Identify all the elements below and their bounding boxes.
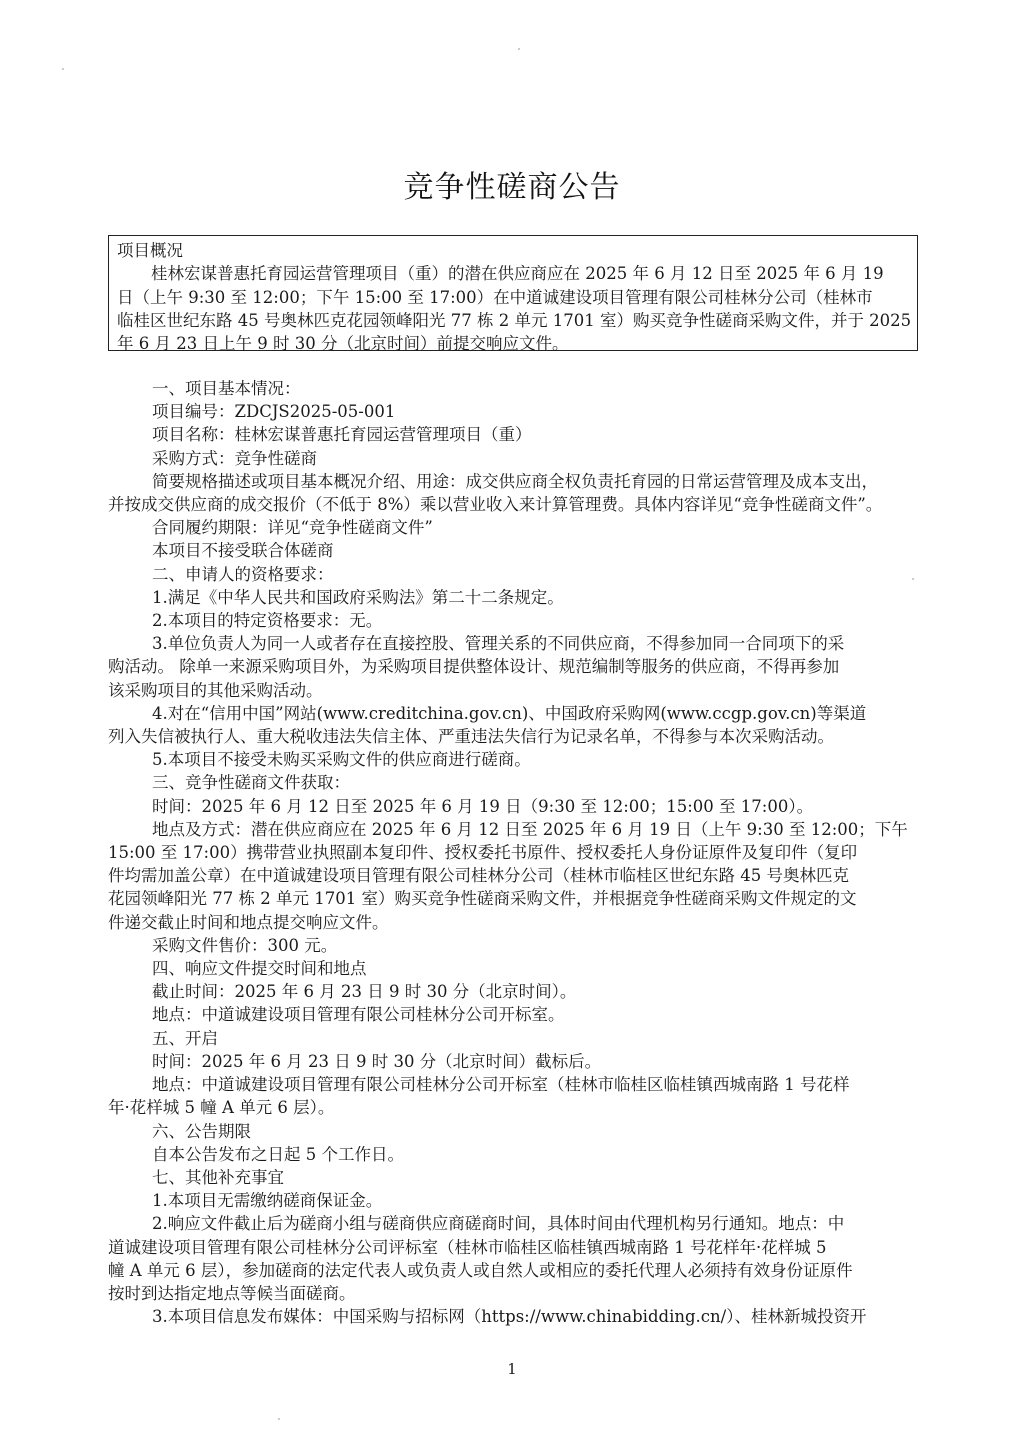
scan-speck [278,1418,280,1420]
body-line: 年·花样城 5 幢 A 单元 6 层）。 [108,1096,918,1119]
body-line: 件均需加盖公章）在中道诚建设项目管理有限公司桂林分公司（桂林市临桂区世纪东路 4… [108,864,918,887]
body-line: 并按成交供应商的成交报价（不低于 8%）乘以营业收入来计算管理费。具体内容详见“… [108,493,918,516]
body-line: 4.对在“信用中国”网站(www.creditchina.gov.cn)、中国政… [118,702,918,725]
page-title: 竞争性磋商公告 [0,162,1024,206]
scan-speck [62,68,64,70]
body-line: 地点：中道诚建设项目管理有限公司桂林分公司开标室（桂林市临桂区临桂镇西城南路 1… [118,1073,918,1096]
body-line: 截止时间：2025 年 6 月 23 日 9 时 30 分（北京时间）。 [118,980,918,1003]
body-line: 项目名称：桂林宏谋普惠托育园运营管理项目（重） [118,423,918,446]
project-summary-box: 项目概况 桂林宏谋普惠托育园运营管理项目（重）的潜在供应商应在 2025 年 6… [108,235,918,351]
body-line: 花园领峰阳光 77 栋 2 单元 1701 室）购买竞争性磋商采购文件，并根据竞… [108,887,918,910]
body-line: 2.本项目的特定资格要求：无。 [118,609,918,632]
body-line: 地点：中道诚建设项目管理有限公司桂林分公司开标室。 [118,1003,918,1026]
body-line: 采购文件售价：300 元。 [118,934,918,957]
summary-heading: 项目概况 [117,239,909,262]
summary-line: 年 6 月 23 日上午 9 时 30 分（北京时间）前提交响应文件。 [117,332,909,355]
body-line: 1.本项目无需缴纳磋商保证金。 [118,1189,918,1212]
summary-line: 桂林宏谋普惠托育园运营管理项目（重）的潜在供应商应在 2025 年 6 月 12… [117,262,909,285]
scan-speck [518,48,520,50]
body-line: 件递交截止时间和地点提交响应文件。 [108,911,918,934]
body-line: 本项目不接受联合体磋商 [118,539,918,562]
body-line: 2.响应文件截止后为磋商小组与磋商供应商磋商时间，具体时间由代理机构另行通知。地… [118,1212,918,1235]
body-line: 3.本项目信息发布媒体：中国采购与招标网（https://www.chinabi… [118,1305,918,1328]
body-line: 时间：2025 年 6 月 12 日至 2025 年 6 月 19 日（9:30… [118,795,918,818]
body-line: 五、开启 [118,1027,918,1050]
body-line: 四、响应文件提交时间和地点 [118,957,918,980]
body-line: 购活动。 除单一来源采购项目外，为采购项目提供整体设计、规范编制等服务的供应商，… [108,655,918,678]
page-number: 1 [0,1360,1024,1378]
body-line: 幢 A 单元 6 层），参加磋商的法定代表人或负责人或自然人或相应的委托代理人必… [108,1259,918,1282]
body-line: 一、项目基本情况： [118,377,918,400]
body-line: 15:00 至 17:00）携带营业执照副本复印件、授权委托书原件、授权委托人身… [108,841,918,864]
body-line: 时间：2025 年 6 月 23 日 9 时 30 分（北京时间）截标后。 [118,1050,918,1073]
body-line: 5.本项目不接受未购买采购文件的供应商进行磋商。 [118,748,918,771]
body-line: 地点及方式：潜在供应商应在 2025 年 6 月 12 日至 2025 年 6 … [118,818,918,841]
body-line: 自本公告发布之日起 5 个工作日。 [118,1143,918,1166]
body-line: 简要规格描述或项目基本概况介绍、用途：成交供应商全权负责托育园的日常运营管理及成… [118,470,918,493]
body-line: 列入失信被执行人、重大税收违法失信主体、严重违法失信行为记录名单，不得参与本次采… [108,725,918,748]
body-line: 二、申请人的资格要求： [118,563,918,586]
body-line: 采购方式：竞争性磋商 [118,447,918,470]
body-line: 七、其他补充事宜 [118,1166,918,1189]
body-line: 按时到达指定地点等候当面磋商。 [108,1282,918,1305]
scan-speck [912,578,914,580]
body-line: 3.单位负责人为同一人或者存在直接控股、管理关系的不同供应商，不得参加同一合同项… [118,632,918,655]
body-line: 道诚建设项目管理有限公司桂林分公司评标室（桂林市临桂区临桂镇西城南路 1 号花样… [108,1236,918,1259]
body-line: 该采购项目的其他采购活动。 [108,679,918,702]
summary-line: 临桂区世纪东路 45 号奥林匹克花园领峰阳光 77 栋 2 单元 1701 室）… [117,309,909,332]
body-line: 三、竞争性磋商文件获取： [118,771,918,794]
body-line: 1.满足《中华人民共和国政府采购法》第二十二条规定。 [118,586,918,609]
body-line: 六、公告期限 [118,1120,918,1143]
summary-line: 日（上午 9:30 至 12:00；下午 15:00 至 17:00）在中道诚建… [117,286,909,309]
body-line: 项目编号：ZDCJS2025-05-001 [118,400,918,423]
announcement-body: 一、项目基本情况：项目编号：ZDCJS2025-05-001项目名称：桂林宏谋普… [118,377,918,1328]
body-line: 合同履约期限：详见“竞争性磋商文件” [118,516,918,539]
